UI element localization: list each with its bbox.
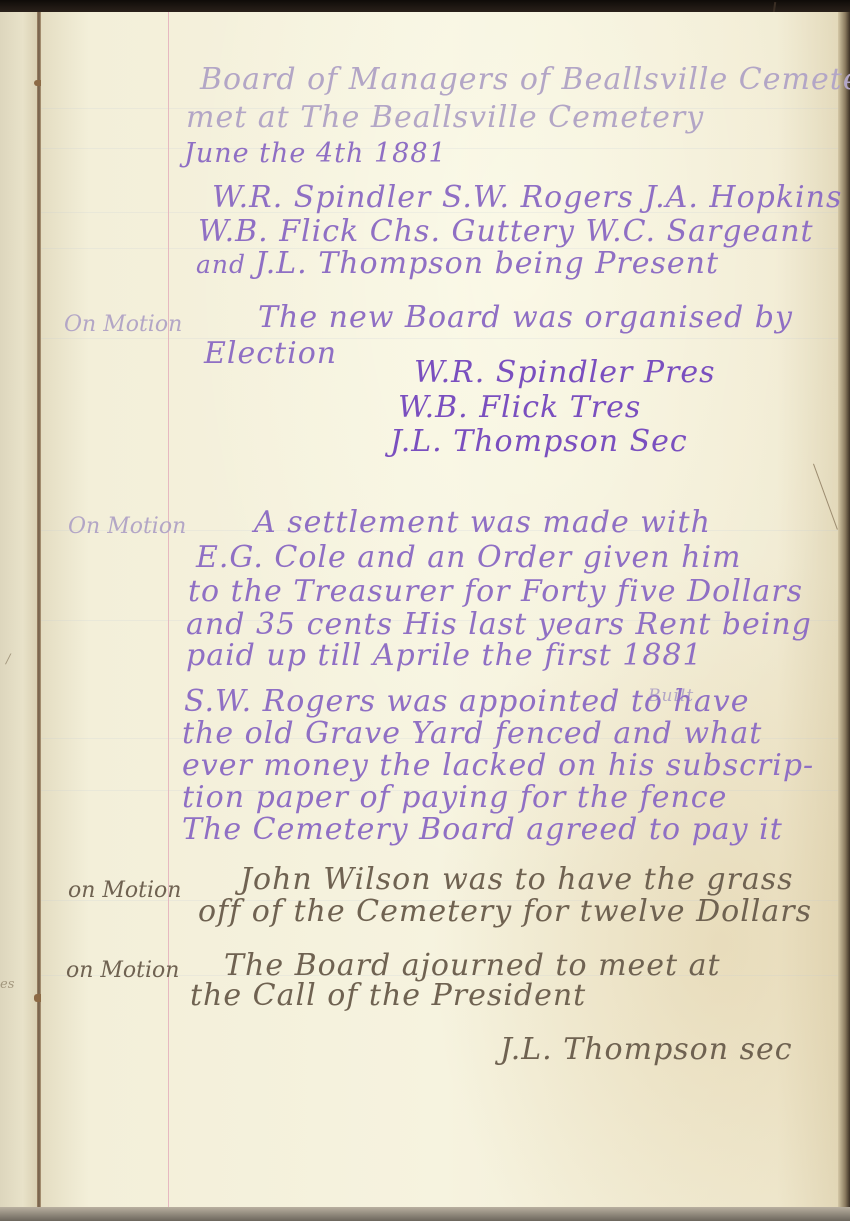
- minute-line: and 35 cents His last years Rent being: [186, 607, 812, 642]
- ruled-line: [41, 338, 838, 339]
- attendance-line-2: W.B. Flick Chs. Guttery W.C. Sargeant: [198, 214, 814, 249]
- officer-secretary: J.L. Thompson Sec: [390, 424, 688, 459]
- attendance-and: and: [196, 250, 246, 279]
- minute-line: the old Grave Yard fenced and what: [182, 716, 762, 751]
- previous-page-fragment: /: [6, 652, 10, 667]
- minute-line: ever money the lacked on his subscrip-: [182, 748, 814, 783]
- attendance-line-1: W.R. Spindler S.W. Rogers J.A. Hopkins: [212, 180, 842, 215]
- officer-president: W.R. Spindler Pres: [414, 355, 716, 390]
- minute-line: to the Treasurer for Forty five Dollars: [188, 574, 803, 609]
- margin-rule: [168, 12, 169, 1207]
- header-line-1: Board of Managers of Beallsville Cemeter…: [200, 62, 850, 97]
- minute-line: tion paper of paying for the fence: [182, 780, 727, 815]
- minute-line: E.G. Cole and an Order given him: [196, 540, 742, 575]
- book-top-edge: [0, 0, 850, 12]
- minute-line: the Call of the President: [190, 978, 586, 1013]
- header-date: June the 4th 1881: [184, 138, 447, 169]
- secretary-signature: J.L. Thompson sec: [500, 1032, 793, 1067]
- attendance-line-3: J.L. Thompson being Present: [255, 246, 719, 281]
- officer-treasurer: W.B. Flick Tres: [398, 390, 641, 425]
- header-line-2: met at The Beallsville Cemetery: [186, 100, 704, 135]
- margin-note-on-motion: on Motion: [66, 958, 179, 983]
- previous-page-strip: / es: [0, 12, 38, 1221]
- margin-note-on-motion: On Motion: [64, 312, 182, 337]
- margin-note-on-motion: on Motion: [68, 878, 181, 903]
- minute-line: John Wilson was to have the grass: [240, 862, 794, 897]
- minute-line: Election: [204, 336, 337, 371]
- minute-line: off of the Cemetery for twelve Dollars: [198, 894, 812, 929]
- margin-note-on-motion: On Motion: [68, 514, 186, 539]
- previous-page-fragment: es: [0, 977, 14, 992]
- minute-line: A settlement was made with: [254, 505, 711, 540]
- minute-line: The new Board was organised by: [258, 300, 793, 335]
- minute-line: S.W. Rogers was appointed to have: [184, 684, 749, 719]
- minute-line: paid up till Aprile the first 1881: [186, 638, 703, 673]
- scanned-ledger-page: / es Board of Managers of Beallsville Ce…: [0, 0, 850, 1221]
- book-bottom-edge: [0, 1207, 850, 1221]
- minute-line: The Cemetery Board agreed to pay it: [182, 812, 783, 847]
